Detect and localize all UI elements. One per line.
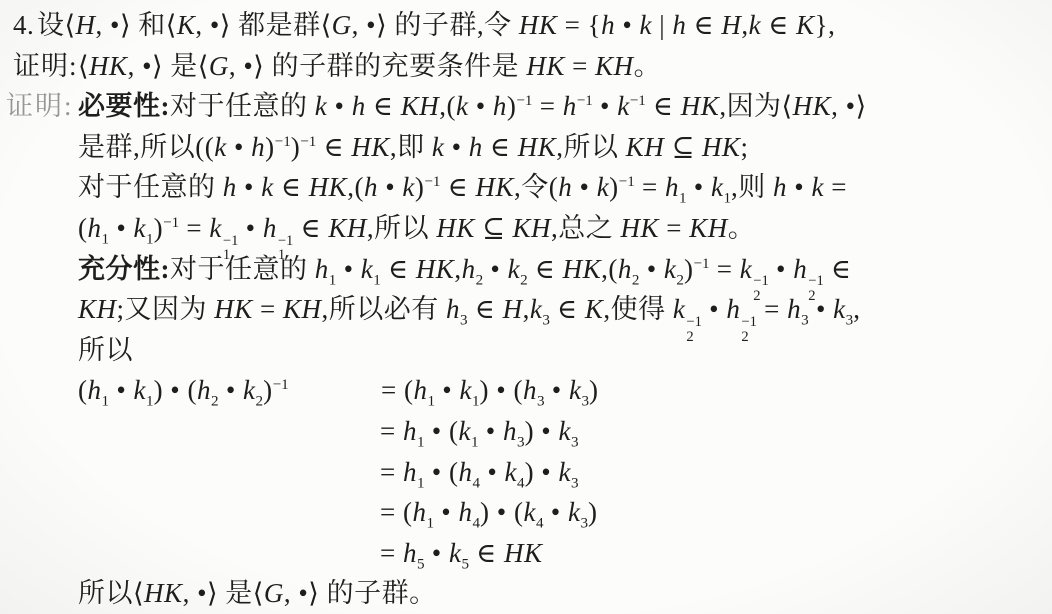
- section-heading: 必要性:: [78, 91, 170, 121]
- line-text: (h1 • k1)−1 = k−11 • h−11 ∈ KH,所以 HK ⊆ K…: [78, 213, 755, 243]
- scanned-page: 4.设⟨H, •⟩ 和⟨K, •⟩ 都是群⟨G, •⟩ 的子群,令 HK = {…: [0, 0, 1052, 614]
- line-text: = h1 • (h4 • k4) • k3: [380, 457, 579, 487]
- text-line: 证明:⟨HK, •⟩ 是⟨G, •⟩ 的子群的充要条件是 HK = KH。: [0, 46, 1052, 87]
- line-text: 对于任意的 k • h ∈ KH,(k • h)−1 = h−1 • k−1 ∈…: [170, 91, 867, 121]
- line-marker: 证明:: [13, 46, 78, 87]
- equation-line: (h1 • k1) • (h2 • k2)−1 = (h1 • k1) • (h…: [0, 370, 1052, 411]
- equation-lhs: (h1 • k1) • (h2 • k2)−1: [78, 370, 381, 411]
- line-text: 是群,所以((k • h)−1)−1 ∈ HK,即 k • h ∈ HK,所以 …: [78, 132, 748, 162]
- line-text: = (h1 • h4) • (k4 • k3): [380, 497, 598, 527]
- line-text: 对于任意的 h • k ∈ HK,(h • k)−1 ∈ HK,令(h • k)…: [78, 172, 847, 202]
- equation-line: = (h1 • h4) • (k4 • k3): [0, 492, 1052, 533]
- equation-line: = h1 • (k1 • h3) • k3: [0, 411, 1052, 452]
- equation-line: = h5 • k5 ∈ HK: [0, 533, 1052, 574]
- text-line: 4.设⟨H, •⟩ 和⟨K, •⟩ 都是群⟨G, •⟩ 的子群,令 HK = {…: [0, 5, 1052, 46]
- text-line: KH;又因为 HK = KH,所以必有 h3 ∈ H,k3 ∈ K,使得 k−1…: [0, 289, 1052, 330]
- line-text: 所以⟨HK, •⟩ 是⟨G, •⟩ 的子群。: [78, 578, 437, 608]
- text-line: (h1 • k1)−1 = k−11 • h−11 ∈ KH,所以 HK ⊆ K…: [0, 208, 1052, 249]
- section-heading: 充分性:: [78, 254, 170, 284]
- line-text: 设⟨H, •⟩ 和⟨K, •⟩ 都是群⟨G, •⟩ 的子群,令 HK = {h …: [37, 10, 835, 40]
- line-text: 对于任意的 h1 • k1 ∈ HK,h2 • k2 ∈ HK,(h2 • k2…: [170, 254, 852, 284]
- line-text: KH;又因为 HK = KH,所以必有 h3 ∈ H,k3 ∈ K,使得 k−1…: [78, 294, 860, 324]
- line-text: ⟨HK, •⟩ 是⟨G, •⟩ 的子群的充要条件是 HK = KH。: [78, 51, 661, 81]
- line-marker: 4.: [13, 5, 37, 46]
- text-line: 证明:必要性:对于任意的 k • h ∈ KH,(k • h)−1 = h−1 …: [0, 86, 1052, 127]
- text-line: 充分性:对于任意的 h1 • k1 ∈ HK,h2 • k2 ∈ HK,(h2 …: [0, 249, 1052, 290]
- text-line: 所以: [0, 330, 1052, 371]
- line-text: = h5 • k5 ∈ HK: [380, 538, 543, 568]
- line-text: = (h1 • k1) • (h3 • k3): [381, 375, 599, 405]
- text-line: 所以⟨HK, •⟩ 是⟨G, •⟩ 的子群。: [0, 573, 1052, 614]
- text-line: 是群,所以((k • h)−1)−1 ∈ HK,即 k • h ∈ HK,所以 …: [0, 127, 1052, 168]
- text-line: 对于任意的 h • k ∈ HK,(h • k)−1 ∈ HK,令(h • k)…: [0, 167, 1052, 208]
- proof-lines: 4.设⟨H, •⟩ 和⟨K, •⟩ 都是群⟨G, •⟩ 的子群,令 HK = {…: [0, 5, 1052, 614]
- line-marker: 证明:: [6, 86, 78, 127]
- line-text: 所以: [78, 335, 133, 365]
- line-text: = h1 • (k1 • h3) • k3: [380, 416, 579, 446]
- equation-line: = h1 • (h4 • k4) • k3: [0, 452, 1052, 493]
